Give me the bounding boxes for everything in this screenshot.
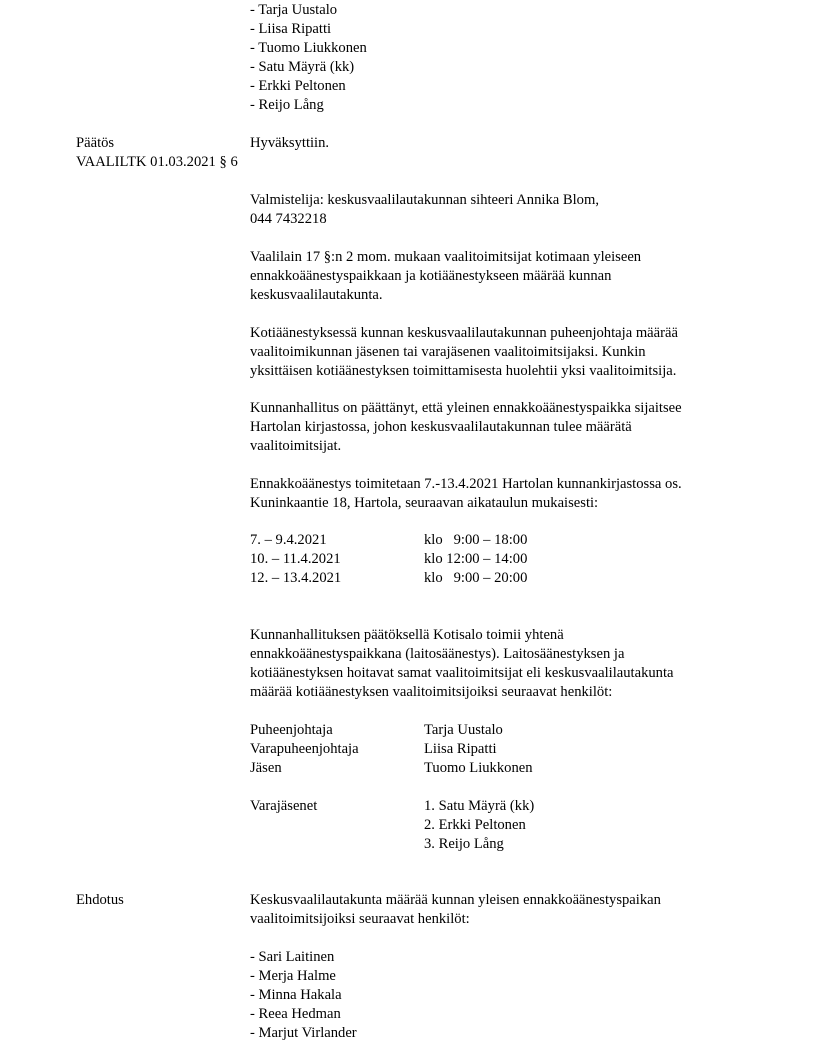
- schedule-dates: 7. – 9.4.2021: [250, 531, 327, 550]
- list-item: - Sari Laitinen: [250, 948, 730, 967]
- role-label: Puheenjohtaja: [250, 721, 333, 740]
- text-line: vaalitoimitsijat.: [250, 437, 730, 456]
- proposal-label: Ehdotus: [76, 891, 124, 910]
- role-label: Varapuheenjohtaja: [250, 740, 359, 759]
- text-line: keskusvaalilautakunta.: [250, 286, 730, 305]
- list-item: - Marjut Virlander: [250, 1024, 730, 1043]
- role-name: Tuomo Liukkonen: [424, 759, 533, 778]
- text-line: määrää kotiäänestyksen vaalitoimitsijoik…: [250, 683, 730, 702]
- list-item: - Erkki Peltonen: [250, 77, 730, 96]
- text-line: Kotiäänestyksessä kunnan keskusvaalilaut…: [250, 324, 730, 343]
- paragraph-location: Kunnanhallitus on päättänyt, että yleine…: [250, 399, 730, 456]
- decision-label: Päätös: [76, 134, 114, 153]
- list-item: - Minna Hakala: [250, 986, 730, 1005]
- schedule-time: klo 12:00 – 14:00: [424, 550, 527, 569]
- schedule-dates: 12. – 13.4.2021: [250, 569, 341, 588]
- role-name: Liisa Ripatti: [424, 740, 497, 759]
- text-line: kotiäänestyksen hoitavat samat vaalitoim…: [250, 664, 730, 683]
- list-item: - Merja Halme: [250, 967, 730, 986]
- role-name: Tarja Uustalo: [424, 721, 503, 740]
- decision-text: Hyväksyttiin.: [250, 134, 329, 153]
- list-item: - Reijo Lång: [250, 96, 730, 115]
- text-line: vaalitoimikunnan jäsenen tai varajäsenen…: [250, 343, 730, 362]
- schedule-time: klo 9:00 – 18:00: [424, 531, 527, 550]
- text-line: Hartolan kirjastossa, johon keskusvaalil…: [250, 418, 730, 437]
- list-item: - Tarja Uustalo: [250, 1, 730, 20]
- text-line: Kuninkaantie 18, Hartola, seuraavan aika…: [250, 494, 730, 513]
- text-line: Keskusvaalilautakunta määrää kunnan ylei…: [250, 891, 730, 910]
- deputies-label: Varajäsenet: [250, 797, 317, 816]
- preparer-info: Valmistelija: keskusvaalilautakunnan sih…: [250, 191, 730, 229]
- text-line: yksittäisen kotiäänestyksen toimittamise…: [250, 362, 730, 381]
- previous-officials-list: - Tarja Uustalo - Liisa Ripatti - Tuomo …: [250, 1, 730, 115]
- paragraph-home-voting: Kotiäänestyksessä kunnan keskusvaalilaut…: [250, 324, 730, 381]
- text-line: vaalitoimitsijoiksi seuraavat henkilöt:: [250, 910, 730, 929]
- list-item: - Reea Hedman: [250, 1005, 730, 1024]
- text-line: ennakkoäänestyspaikkaan ja kotiäänestyks…: [250, 267, 730, 286]
- list-item: - Liisa Ripatti: [250, 20, 730, 39]
- proposal-text: Keskusvaalilautakunta määrää kunnan ylei…: [250, 891, 730, 929]
- preparer-line: Valmistelija: keskusvaalilautakunnan sih…: [250, 191, 730, 210]
- section-reference: VAALILTK 01.03.2021 § 6: [76, 153, 238, 172]
- schedule-time: klo 9:00 – 20:00: [424, 569, 527, 588]
- paragraph-institution-voting: Kunnanhallituksen päätöksellä Kotisalo t…: [250, 626, 730, 702]
- role-label: Jäsen: [250, 759, 282, 778]
- text-line: ennakkoäänestyspaikkana (laitosäänestys)…: [250, 645, 730, 664]
- deputy-name: 2. Erkki Peltonen: [424, 816, 526, 835]
- text-line: Vaalilain 17 §:n 2 mom. mukaan vaalitoim…: [250, 248, 730, 267]
- paragraph-law: Vaalilain 17 §:n 2 mom. mukaan vaalitoim…: [250, 248, 730, 305]
- paragraph-schedule-intro: Ennakkoäänestys toimitetaan 7.-13.4.2021…: [250, 475, 730, 513]
- proposal-officials-list: - Sari Laitinen - Merja Halme - Minna Ha…: [250, 948, 730, 1043]
- schedule-dates: 10. – 11.4.2021: [250, 550, 341, 569]
- text-line: Ennakkoäänestys toimitetaan 7.-13.4.2021…: [250, 475, 730, 494]
- deputy-name: 1. Satu Mäyrä (kk): [424, 797, 534, 816]
- deputy-name: 3. Reijo Lång: [424, 835, 504, 854]
- list-item: - Satu Mäyrä (kk): [250, 58, 730, 77]
- text-line: Kunnanhallitus on päättänyt, että yleine…: [250, 399, 730, 418]
- preparer-phone: 044 7432218: [250, 210, 730, 229]
- text-line: Kunnanhallituksen päätöksellä Kotisalo t…: [250, 626, 730, 645]
- list-item: - Tuomo Liukkonen: [250, 39, 730, 58]
